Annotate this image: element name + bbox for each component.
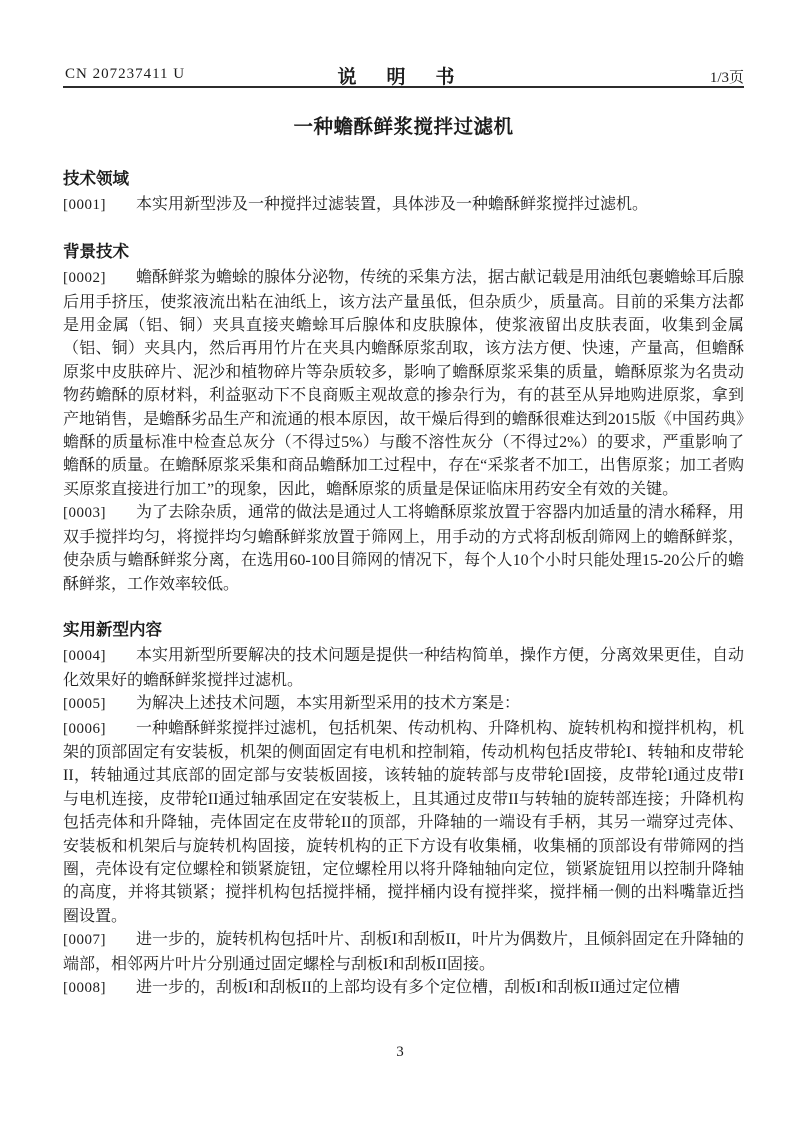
section-utility-model-content: 实用新型内容 [0004]本实用新型所要解决的技术问题是提供一种结构简单，操作方…: [63, 619, 744, 1001]
paragraph-text: 蟾酥鲜浆为蟾蜍的腺体分泌物，传统的采集方法，据古献记载是用油纸包裹蟾蜍耳后腺后用…: [63, 269, 744, 498]
paragraph-number: [0005]: [63, 693, 136, 716]
section-heading-background-art: 背景技术: [63, 241, 744, 264]
paragraph-text: 本实用新型涉及一种搅拌过滤装置，具体涉及一种蟾酥鲜浆搅拌过滤机。: [136, 196, 648, 213]
paragraph-0008: [0008]进一步的，刮板I和刮板II的上部均设有多个定位槽，刮板I和刮板II通…: [63, 976, 744, 1000]
paragraph-text: 进一步的，刮板I和刮板II的上部均设有多个定位槽，刮板I和刮板II通过定位槽: [136, 979, 680, 996]
document-type-label: 说明书: [322, 62, 484, 89]
paragraph-text: 一种蟾酥鲜浆搅拌过滤机，包括机架、传动机构、升降机构、旋转机构和搅拌机构，机架的…: [63, 720, 744, 925]
section-heading-technical-field: 技术领域: [63, 168, 744, 191]
paragraph-number: [0002]: [63, 267, 136, 290]
section-technical-field: 技术领域 [0001]本实用新型涉及一种搅拌过滤装置，具体涉及一种蟾酥鲜浆搅拌过…: [63, 168, 744, 218]
document-header: CN 207237411 U 说明书 1/3页: [63, 64, 744, 88]
page-indicator: 1/3页: [710, 66, 744, 87]
paragraph-number: [0001]: [63, 194, 136, 217]
paragraph-number: [0006]: [63, 718, 136, 741]
paragraph-0007: [0007]进一步的，旋转机构包括叶片、刮板I和刮板II，叶片为偶数片，且倾斜固…: [63, 928, 744, 976]
paragraph-0005: [0005]为解决上述技术问题，本实用新型采用的技术方案是：: [63, 692, 744, 716]
paragraph-number: [0003]: [63, 502, 136, 525]
paragraph-number: [0004]: [63, 645, 136, 668]
paragraph-text: 本实用新型所要解决的技术问题是提供一种结构简单，操作方便，分离效果更佳，自动化效…: [63, 647, 744, 688]
section-background-art: 背景技术 [0002]蟾酥鲜浆为蟾蜍的腺体分泌物，传统的采集方法，据古献记载是用…: [63, 241, 744, 596]
paragraph-text: 进一步的，旋转机构包括叶片、刮板I和刮板II，叶片为偶数片，且倾斜固定在升降轴的…: [63, 931, 744, 972]
paragraph-0003: [0003]为了去除杂质，通常的做法是通过人工将蟾酥原浆放置于容器内加适量的清水…: [63, 501, 744, 596]
page-content: CN 207237411 U 说明书 1/3页 一种蟾酥鲜浆搅拌过滤机 技术领域…: [63, 0, 744, 1000]
paragraph-0006: [0006]一种蟾酥鲜浆搅拌过滤机，包括机架、传动机构、升降机构、旋转机构和搅拌…: [63, 717, 744, 929]
paragraph-0004: [0004]本实用新型所要解决的技术问题是提供一种结构简单，操作方便，分离效果更…: [63, 644, 744, 692]
patent-description-page: CN 207237411 U 说明书 1/3页 一种蟾酥鲜浆搅拌过滤机 技术领域…: [0, 0, 800, 1132]
page-footer: 3: [0, 1044, 800, 1061]
document-number: CN 207237411 U: [65, 66, 185, 83]
paragraph-0002: [0002]蟾酥鲜浆为蟾蜍的腺体分泌物，传统的采集方法，据古献记载是用油纸包裹蟾…: [63, 266, 744, 501]
paragraph-0001: [0001]本实用新型涉及一种搅拌过滤装置，具体涉及一种蟾酥鲜浆搅拌过滤机。: [63, 193, 744, 217]
paragraph-text: 为了去除杂质，通常的做法是通过人工将蟾酥原浆放置于容器内加适量的清水稀释，用双手…: [63, 504, 744, 592]
paragraph-number: [0008]: [63, 977, 136, 1000]
page-number: 3: [396, 1044, 404, 1060]
invention-title: 一种蟾酥鲜浆搅拌过滤机: [63, 115, 744, 139]
paragraph-number: [0007]: [63, 929, 136, 952]
section-heading-utility-model-content: 实用新型内容: [63, 619, 744, 642]
paragraph-text: 为解决上述技术问题，本实用新型采用的技术方案是：: [136, 695, 520, 712]
